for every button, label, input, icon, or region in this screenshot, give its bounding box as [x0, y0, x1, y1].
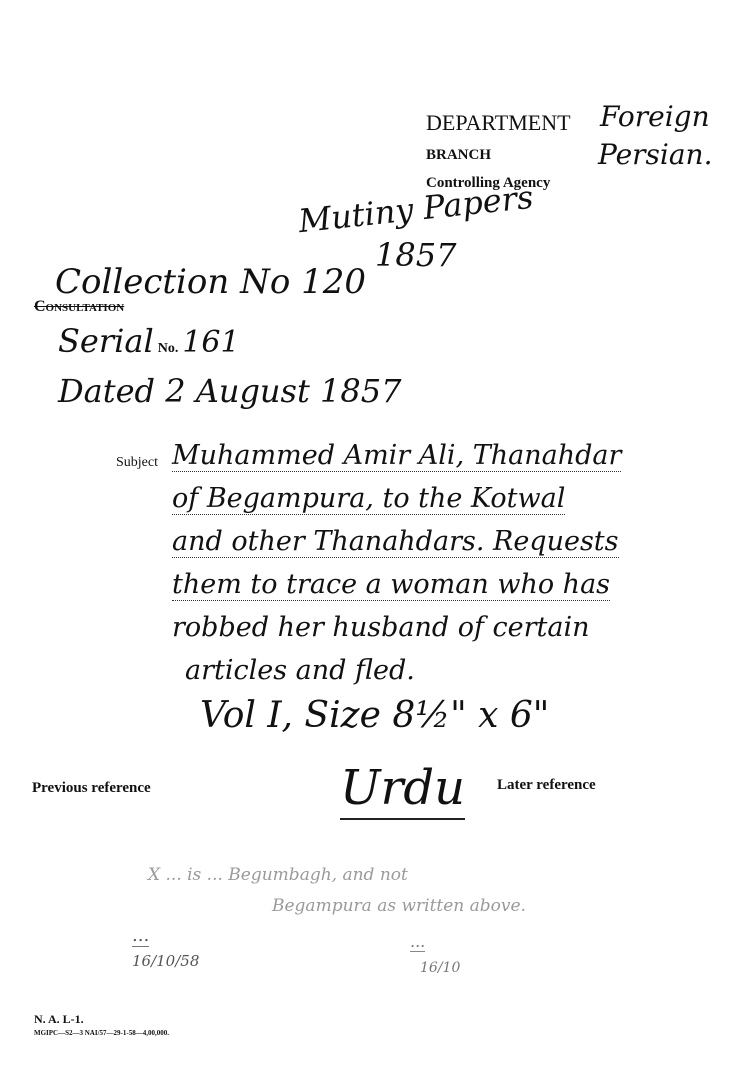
volume-size: Vol I, Size 8½" x 6": [200, 695, 549, 736]
printer-line: MGIPC—S2—3 NAI/57—29-1-58—4,00,000.: [34, 1029, 169, 1037]
department-value: Foreign: [600, 100, 710, 133]
subject-line-4: them to trace a woman who has: [172, 569, 610, 601]
department-label: DEPARTMENT: [426, 110, 571, 136]
note-initials-left: ...: [132, 925, 149, 947]
subject-line-2: of Begampura, to the Kotwal: [172, 483, 565, 515]
serial-prefix: Serial: [58, 322, 154, 360]
consultation-label: Consultation: [34, 298, 124, 316]
previous-reference-label: Previous reference: [32, 780, 151, 797]
subject-line-6: articles and fled.: [185, 655, 415, 686]
note-line-2: Begampura as written above.: [272, 896, 526, 916]
subject-line-5: robbed her husband of certain: [172, 612, 590, 643]
branch-value: Persian.: [598, 138, 713, 171]
form-code: N. A. L-1.: [34, 1012, 84, 1027]
controlling-agency-year: 1857: [375, 236, 456, 274]
serial-no-label: No.: [158, 341, 179, 356]
language-value: Urdu: [340, 760, 465, 820]
note-date-right: 16/10: [420, 960, 460, 976]
dated-field: Dated 2 August 1857: [58, 372, 401, 410]
note-line-1: X ... is ... Begumbagh, and not: [148, 865, 408, 885]
note-initials-right: ...: [410, 932, 425, 952]
subject-line-3: and other Thanahdars. Requests: [172, 526, 619, 558]
collection-number: Collection No 120: [55, 262, 366, 302]
later-reference-label: Later reference: [497, 777, 596, 794]
serial-value: 161: [182, 325, 239, 360]
subject-label: Subject: [116, 455, 158, 471]
note-date-left: 16/10/58: [132, 952, 199, 970]
serial-field: Serial No. 161: [58, 322, 240, 360]
subject-line-1: Muhammed Amir Ali, Thanahdar: [172, 440, 621, 472]
branch-label: BRANCH: [426, 147, 491, 164]
controlling-agency-value: Mutiny Papers: [297, 178, 535, 240]
